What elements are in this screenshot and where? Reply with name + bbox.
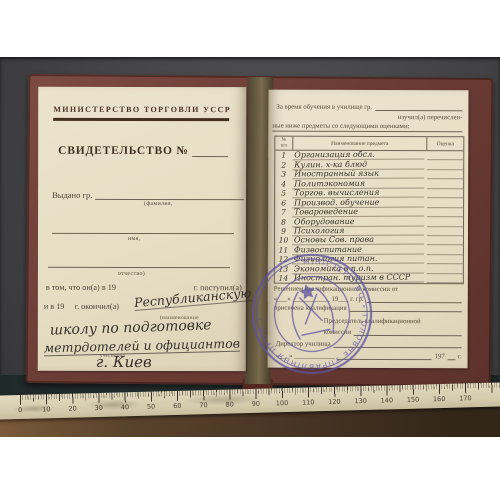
issued-label: Выдано гр.: [52, 190, 92, 200]
grade-blank-line: [427, 188, 463, 189]
subject-number: 11: [275, 245, 292, 254]
ministry-header: МИНИСТЕРСТВО ТОРГОВЛИ УССР: [38, 105, 246, 114]
photo-of-document: МИНИСТЕРСТВО ТОРГОВЛИ УССР СВИДЕТЕЛЬСТВО…: [0, 57, 500, 437]
chairman-label-2: комиссии: [324, 329, 352, 336]
finished-suffix: г. окончил(а): [75, 302, 119, 311]
ruler-number: 30: [94, 404, 102, 412]
ministry-underline: [53, 118, 229, 121]
subject-row: 7Товароведение: [275, 207, 463, 217]
surname-line: [95, 198, 244, 200]
subject-number: 10: [275, 236, 292, 245]
subject-number: 14: [275, 274, 292, 283]
intro-line-2: изучил(а) перечислен-: [268, 114, 462, 122]
patronymic-hint: отчество): [118, 271, 145, 277]
decision-line-2: «___» ___________ 19___ г. гр.: [274, 296, 364, 303]
certificate-booklet: МИНИСТЕРСТВО ТОРГОВЛИ УССР СВИДЕТЕЛЬСТВО…: [26, 74, 494, 387]
ruler-number: 160: [433, 395, 446, 403]
director-label: Директор училища: [276, 341, 331, 348]
subject-name-handwritten: Иностран. туризм в СССР: [292, 273, 424, 284]
ruler-number: 10: [42, 405, 50, 413]
subject-number: 4: [275, 179, 292, 188]
ruler-number: 120: [328, 398, 341, 406]
entered-text: в том, что он(а) в 19: [46, 283, 116, 292]
subject-number: 1: [275, 151, 292, 160]
subjects-rows: 1Организация обсл.2Кулин. х-ка блюд3Инос…: [275, 151, 463, 284]
qualification-line: [350, 310, 462, 312]
year-printed: 197: [435, 353, 445, 360]
ruler-number: 70: [199, 401, 207, 409]
subject-number: 8: [275, 217, 292, 226]
column-grade: Оценка: [427, 137, 463, 150]
ruler-number: 50: [147, 402, 155, 410]
right-page: За время обучения в училище гр. изучил(а…: [268, 90, 469, 369]
grade-blank-line: [427, 273, 463, 274]
subject-number: 5: [275, 189, 292, 198]
chairman-label-1: Председатель квалификационной: [324, 318, 421, 325]
subject-row: 14Иностран. туризм в СССР: [275, 273, 463, 283]
ruler-number: 90: [252, 400, 260, 408]
grade-blank-line: [427, 226, 463, 227]
grade-blank-line: [427, 263, 463, 264]
subject-number: 3: [275, 170, 292, 179]
subjects-table: № п/п Наименование предмета Оценка 1Орга…: [274, 136, 465, 285]
grade-blank-line: [427, 178, 463, 179]
school-name-handwritten-2: школу по подготовке: [50, 317, 212, 338]
left-page: МИНИСТЕРСТВО ТОРГОВЛИ УССР СВИДЕТЕЛЬСТВО…: [38, 87, 246, 371]
grade-blank-line: [427, 207, 463, 208]
subject-number: 2: [275, 160, 292, 169]
chairman-signature-line: [354, 334, 462, 336]
ruler-number: 150: [407, 396, 420, 404]
grade-blank-line: [427, 254, 463, 255]
ruler-number: 20: [68, 405, 76, 413]
ruler-number: 170: [459, 394, 472, 402]
grade-blank-line: [427, 216, 463, 217]
ruler-number: 40: [121, 403, 129, 411]
subject-number: 7: [275, 208, 292, 217]
finished-prefix: и в 19: [44, 302, 65, 311]
certificate-title: СВИДЕТЕЛЬСТВО №: [58, 145, 189, 157]
ruler-number: 60: [173, 402, 181, 410]
name-hint: имя,: [128, 236, 140, 242]
column-number: № п/п: [275, 137, 293, 150]
grade-blank-line: [427, 160, 463, 161]
subject-number: 9: [275, 227, 292, 236]
ruler-number: 0: [18, 406, 22, 414]
intro-line-1: За время обучения в училище гр.: [276, 104, 372, 111]
grade-blank-line: [427, 282, 463, 283]
student-name-line: [375, 109, 462, 111]
subject-number: 6: [275, 198, 292, 207]
decision-name-line: [367, 301, 462, 303]
city-handwritten: г. Киев: [96, 353, 152, 371]
year-digit-line: [448, 358, 456, 360]
date-prefix: «___» ____________: [276, 353, 336, 360]
name-line: [52, 233, 234, 234]
decision-line-1: Решением квалификационной комиссии от: [274, 286, 398, 293]
director-signature-line: [334, 346, 462, 348]
grade-blank-line: [427, 245, 463, 246]
year-suffix: г.: [458, 353, 462, 360]
column-subject: Наименование предмета: [293, 137, 427, 150]
certificate-number-line: [192, 155, 228, 157]
ruler-number: 130: [354, 397, 367, 405]
surname-hint: (фамилия,: [144, 201, 173, 207]
ruler-number: 100: [276, 399, 289, 407]
ruler-number: 140: [381, 396, 394, 404]
grade-blank-line: [427, 235, 463, 236]
ruler-number: 80: [225, 400, 233, 408]
ruler-number: 110: [302, 398, 315, 406]
subject-number: 13: [275, 264, 292, 273]
date-line: [338, 358, 432, 360]
grade-blank-line: [427, 197, 463, 198]
subject-number: 12: [275, 255, 292, 264]
intro-line-3: ные ниже предметы со следующими оценками…: [272, 123, 462, 133]
decision-line-3: присвоена квалификация: [274, 305, 347, 312]
patronymic-line: [48, 267, 230, 268]
grade-blank-line: [427, 169, 463, 170]
